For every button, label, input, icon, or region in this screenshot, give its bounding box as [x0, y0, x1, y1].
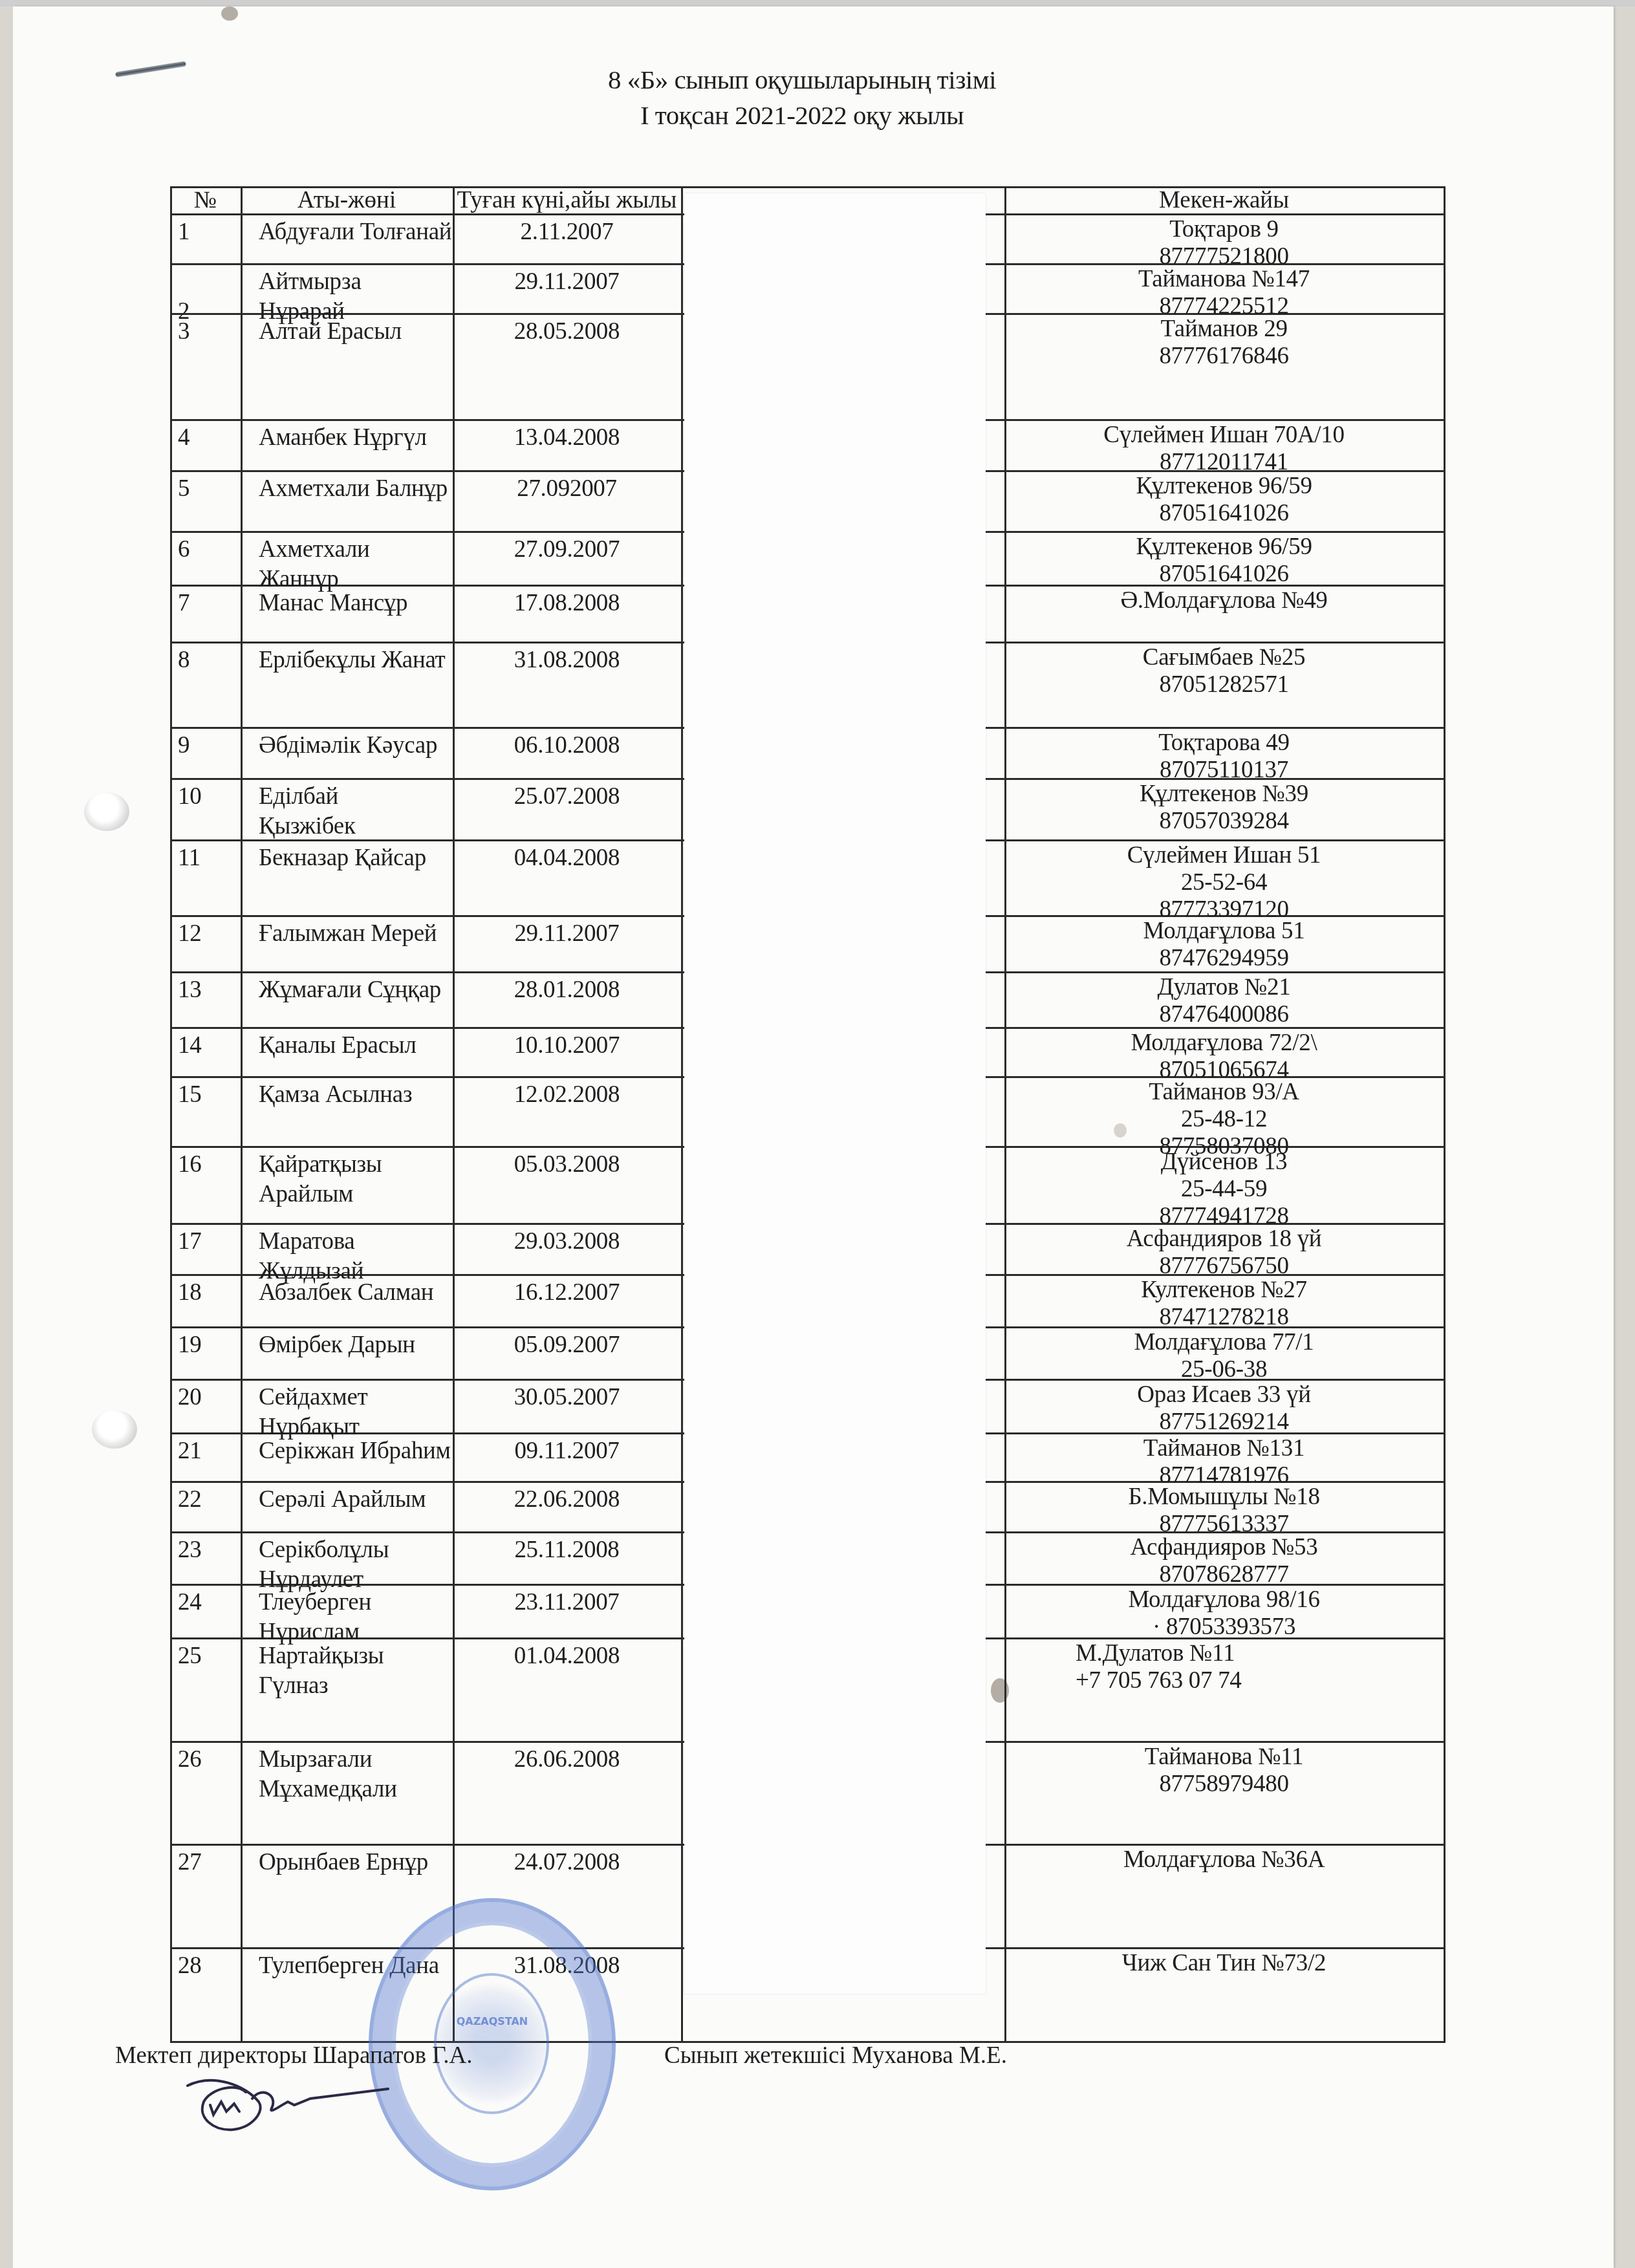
- row-number: 20: [170, 1383, 248, 1412]
- student-name: Әбдімәлік Кәусар: [241, 731, 453, 761]
- birth-date: 01.04.2008: [453, 1641, 681, 1671]
- student-address: Сағымбаев №25 87051282571: [1004, 644, 1444, 698]
- student-address: Култекенов №27 87471278218: [1004, 1277, 1444, 1331]
- student-name: Ерлібекұлы Жанат: [241, 645, 453, 675]
- table-column-border: [1444, 186, 1446, 2043]
- row-number: 3: [170, 317, 248, 347]
- row-number: 23: [170, 1535, 248, 1565]
- row-number: 17: [170, 1227, 248, 1257]
- birth-date: 13.04.2008: [453, 423, 681, 453]
- row-number: 27: [170, 1848, 248, 1877]
- student-name: Бекназар Қайсар: [241, 843, 453, 873]
- birth-date: 04.04.2008: [453, 843, 681, 873]
- student-address: Сүлеймен Ишан 51 25-52-64 87773397120: [1004, 842, 1444, 923]
- header-birth-date: Туған күні,айы жылы: [453, 188, 681, 213]
- student-address: Б.Момышұлы №18 87775613337: [1004, 1484, 1444, 1538]
- birth-date: 29.03.2008: [453, 1227, 681, 1257]
- student-address: Молдағұлова 77/1 25-06-38: [1004, 1329, 1444, 1383]
- birth-date: 29.11.2007: [453, 267, 681, 297]
- row-number: 18: [170, 1278, 248, 1308]
- row-number: 28: [170, 1951, 248, 1981]
- row-number: 5: [170, 474, 248, 504]
- document-title: 8 «Б» сынып оқушыларының тізімі: [0, 67, 1604, 93]
- header-address: Мекен-жайы: [1004, 188, 1444, 213]
- row-number: 14: [170, 1031, 248, 1061]
- student-address: Тоқтарова 49 87075110137: [1004, 729, 1444, 784]
- student-address: Тайманова №147 87774225512: [1004, 266, 1444, 320]
- row-number: 10: [170, 782, 248, 812]
- student-address: Тайманов 29 87776176846: [1004, 316, 1444, 370]
- student-address: Дулатов №21 87476400086: [1004, 974, 1444, 1028]
- birth-date: 05.09.2007: [453, 1330, 681, 1360]
- birth-date: 23.11.2007: [453, 1588, 681, 1617]
- student-name: Мырзағали Мұхамедқали: [241, 1745, 453, 1804]
- scan-speck: [221, 6, 238, 21]
- student-name: Абдуғали Толғанай: [241, 217, 453, 247]
- student-address: Тайманова №11 87758979480: [1004, 1744, 1444, 1798]
- student-name: Өмірбек Дарын: [241, 1330, 453, 1360]
- row-number: 6: [170, 535, 248, 565]
- document-subtitle: I тоқсан 2021-2022 оқу жылы: [0, 102, 1604, 129]
- student-address: Сүлеймен Ишан 70А/10 87712011741: [1004, 422, 1444, 476]
- student-name: Абзалбек Салман: [241, 1278, 453, 1308]
- redaction-patch: [684, 193, 986, 1994]
- student-name: Еділбай Қызжібек: [241, 782, 453, 841]
- row-number: 19: [170, 1330, 248, 1360]
- birth-date: 27.092007: [453, 474, 681, 504]
- row-number: 1: [170, 217, 248, 247]
- student-address: Құлтекенов 96/59 87051641026: [1004, 473, 1444, 527]
- birth-date: 24.07.2008: [453, 1848, 681, 1877]
- row-number: 13: [170, 975, 248, 1005]
- signature-scribble-icon: [175, 2066, 401, 2137]
- student-address: Құлтекенов №39 87057039284: [1004, 781, 1444, 835]
- director-signature-line: Мектеп директоры Шарапатов Г.А.: [115, 2044, 473, 2068]
- birth-date: 25.11.2008: [453, 1535, 681, 1565]
- birth-date: 25.07.2008: [453, 782, 681, 812]
- student-name: Ахметхали Жаннұр: [241, 535, 453, 594]
- row-number: 26: [170, 1745, 248, 1775]
- student-name: Ахметхали Балнұр: [241, 474, 453, 504]
- student-name: Аманбек Нұргүл: [241, 423, 453, 453]
- birth-date: 28.01.2008: [453, 975, 681, 1005]
- header-name: Аты-жөні: [241, 188, 453, 213]
- birth-date: 30.05.2007: [453, 1383, 681, 1412]
- birth-date: 2.11.2007: [453, 217, 681, 247]
- student-name: Алтай Ерасыл: [241, 317, 453, 347]
- row-number: 24: [170, 1588, 248, 1617]
- birth-date: 26.06.2008: [453, 1745, 681, 1775]
- student-address: Ораз Исаев 33 үй 87751269214: [1004, 1381, 1444, 1436]
- student-name: Нартайқызы Гүлназ: [241, 1641, 453, 1701]
- header-number: №: [170, 188, 241, 213]
- student-address: Молдағұлова 98/16 · 87053393573: [1004, 1586, 1444, 1641]
- stamp-text: QAZAQSTAN: [373, 2015, 612, 2027]
- student-address: Асфандияров 18 үй 87776756750: [1004, 1226, 1444, 1280]
- table-column-border: [681, 186, 683, 2043]
- student-address: Құлтекенов 96/59 87051641026: [1004, 534, 1444, 588]
- student-name: Сейдахмет Нұрбақыт: [241, 1383, 453, 1442]
- birth-date: 27.09.2007: [453, 535, 681, 565]
- student-name: Қамза Асылназ: [241, 1080, 453, 1110]
- student-address: Тоқтаров 9 87777521800: [1004, 216, 1444, 270]
- birth-date: 05.03.2008: [453, 1150, 681, 1180]
- birth-date: 10.10.2007: [453, 1031, 681, 1061]
- student-address: Тайманов №131 87714781976: [1004, 1435, 1444, 1489]
- punch-hole-icon: [92, 1410, 137, 1449]
- student-address: Молдағұлова 72/2\ 87051065674: [1004, 1030, 1444, 1084]
- row-number: 9: [170, 731, 248, 761]
- student-name: Жұмағали Сұңқар: [241, 975, 453, 1005]
- birth-date: 22.06.2008: [453, 1485, 681, 1515]
- birth-date: 12.02.2008: [453, 1080, 681, 1110]
- punch-hole-icon: [84, 792, 129, 831]
- student-name: Қайратқызы Арайлым: [241, 1150, 453, 1209]
- student-name: Серәлі Арайлым: [241, 1485, 453, 1515]
- birth-date: 28.05.2008: [453, 317, 681, 347]
- birth-date: 09.11.2007: [453, 1436, 681, 1466]
- student-name: Орынбаев Ернұр: [241, 1848, 453, 1877]
- student-address: Дүйсенов 13 25-44-59 87774941728: [1004, 1149, 1444, 1230]
- student-address: Ә.Молдағұлова №49: [1004, 587, 1444, 614]
- row-number: 25: [170, 1641, 248, 1671]
- student-name: Серікжан Ибраһим: [241, 1436, 453, 1466]
- row-number: 4: [170, 423, 248, 453]
- birth-date: 29.11.2007: [453, 919, 681, 949]
- row-number: 15: [170, 1080, 248, 1110]
- student-name: Серікболұлы Нұрдаулет: [241, 1535, 453, 1595]
- student-address: Чиж Сан Тин №73/2: [1004, 1950, 1444, 1977]
- birth-date: 31.08.2008: [453, 645, 681, 675]
- student-name: Манас Мансұр: [241, 589, 453, 618]
- birth-date: 17.08.2008: [453, 589, 681, 618]
- class-teacher-signature-line: Сынып жетекшісі Муханова М.Е.: [664, 2044, 1007, 2068]
- birth-date: 16.12.2007: [453, 1278, 681, 1308]
- student-name: Ғалымжан Мерей: [241, 919, 453, 949]
- student-name: Тлеуберген Нұрислам: [241, 1588, 453, 1647]
- scanner-bed-edge: [0, 0, 1635, 6]
- student-address: Асфандияров №53 87078628777: [1004, 1534, 1444, 1588]
- birth-date: 06.10.2008: [453, 731, 681, 761]
- row-number: 16: [170, 1150, 248, 1180]
- student-address: М.Дулатов №11 +7 705 763 07 74: [1004, 1640, 1444, 1694]
- row-number: 22: [170, 1485, 248, 1515]
- row-number: 7: [170, 589, 248, 618]
- row-number: 21: [170, 1436, 248, 1466]
- row-number: 8: [170, 645, 248, 675]
- student-name: Қаналы Ерасыл: [241, 1031, 453, 1061]
- row-number: 12: [170, 919, 248, 949]
- student-address: Молдағұлова 51 87476294959: [1004, 918, 1444, 972]
- row-number: 11: [170, 843, 248, 873]
- student-address: Молдағұлова №36А: [1004, 1846, 1444, 1874]
